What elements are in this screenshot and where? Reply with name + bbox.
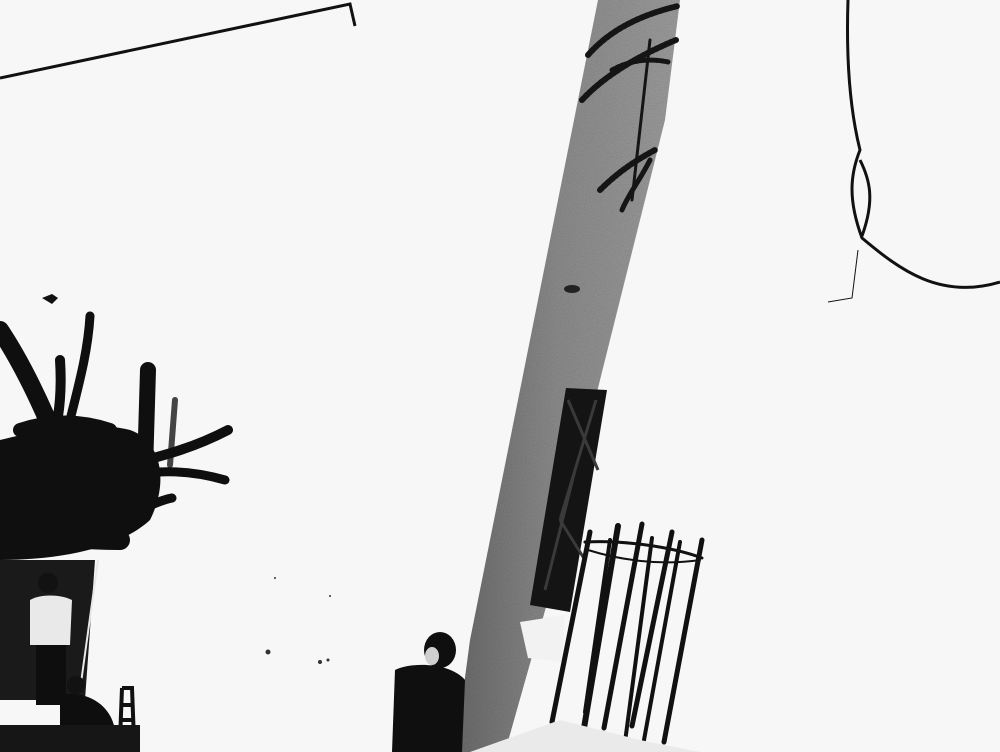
pillar-hole	[564, 285, 580, 293]
photograph	[0, 0, 1000, 752]
